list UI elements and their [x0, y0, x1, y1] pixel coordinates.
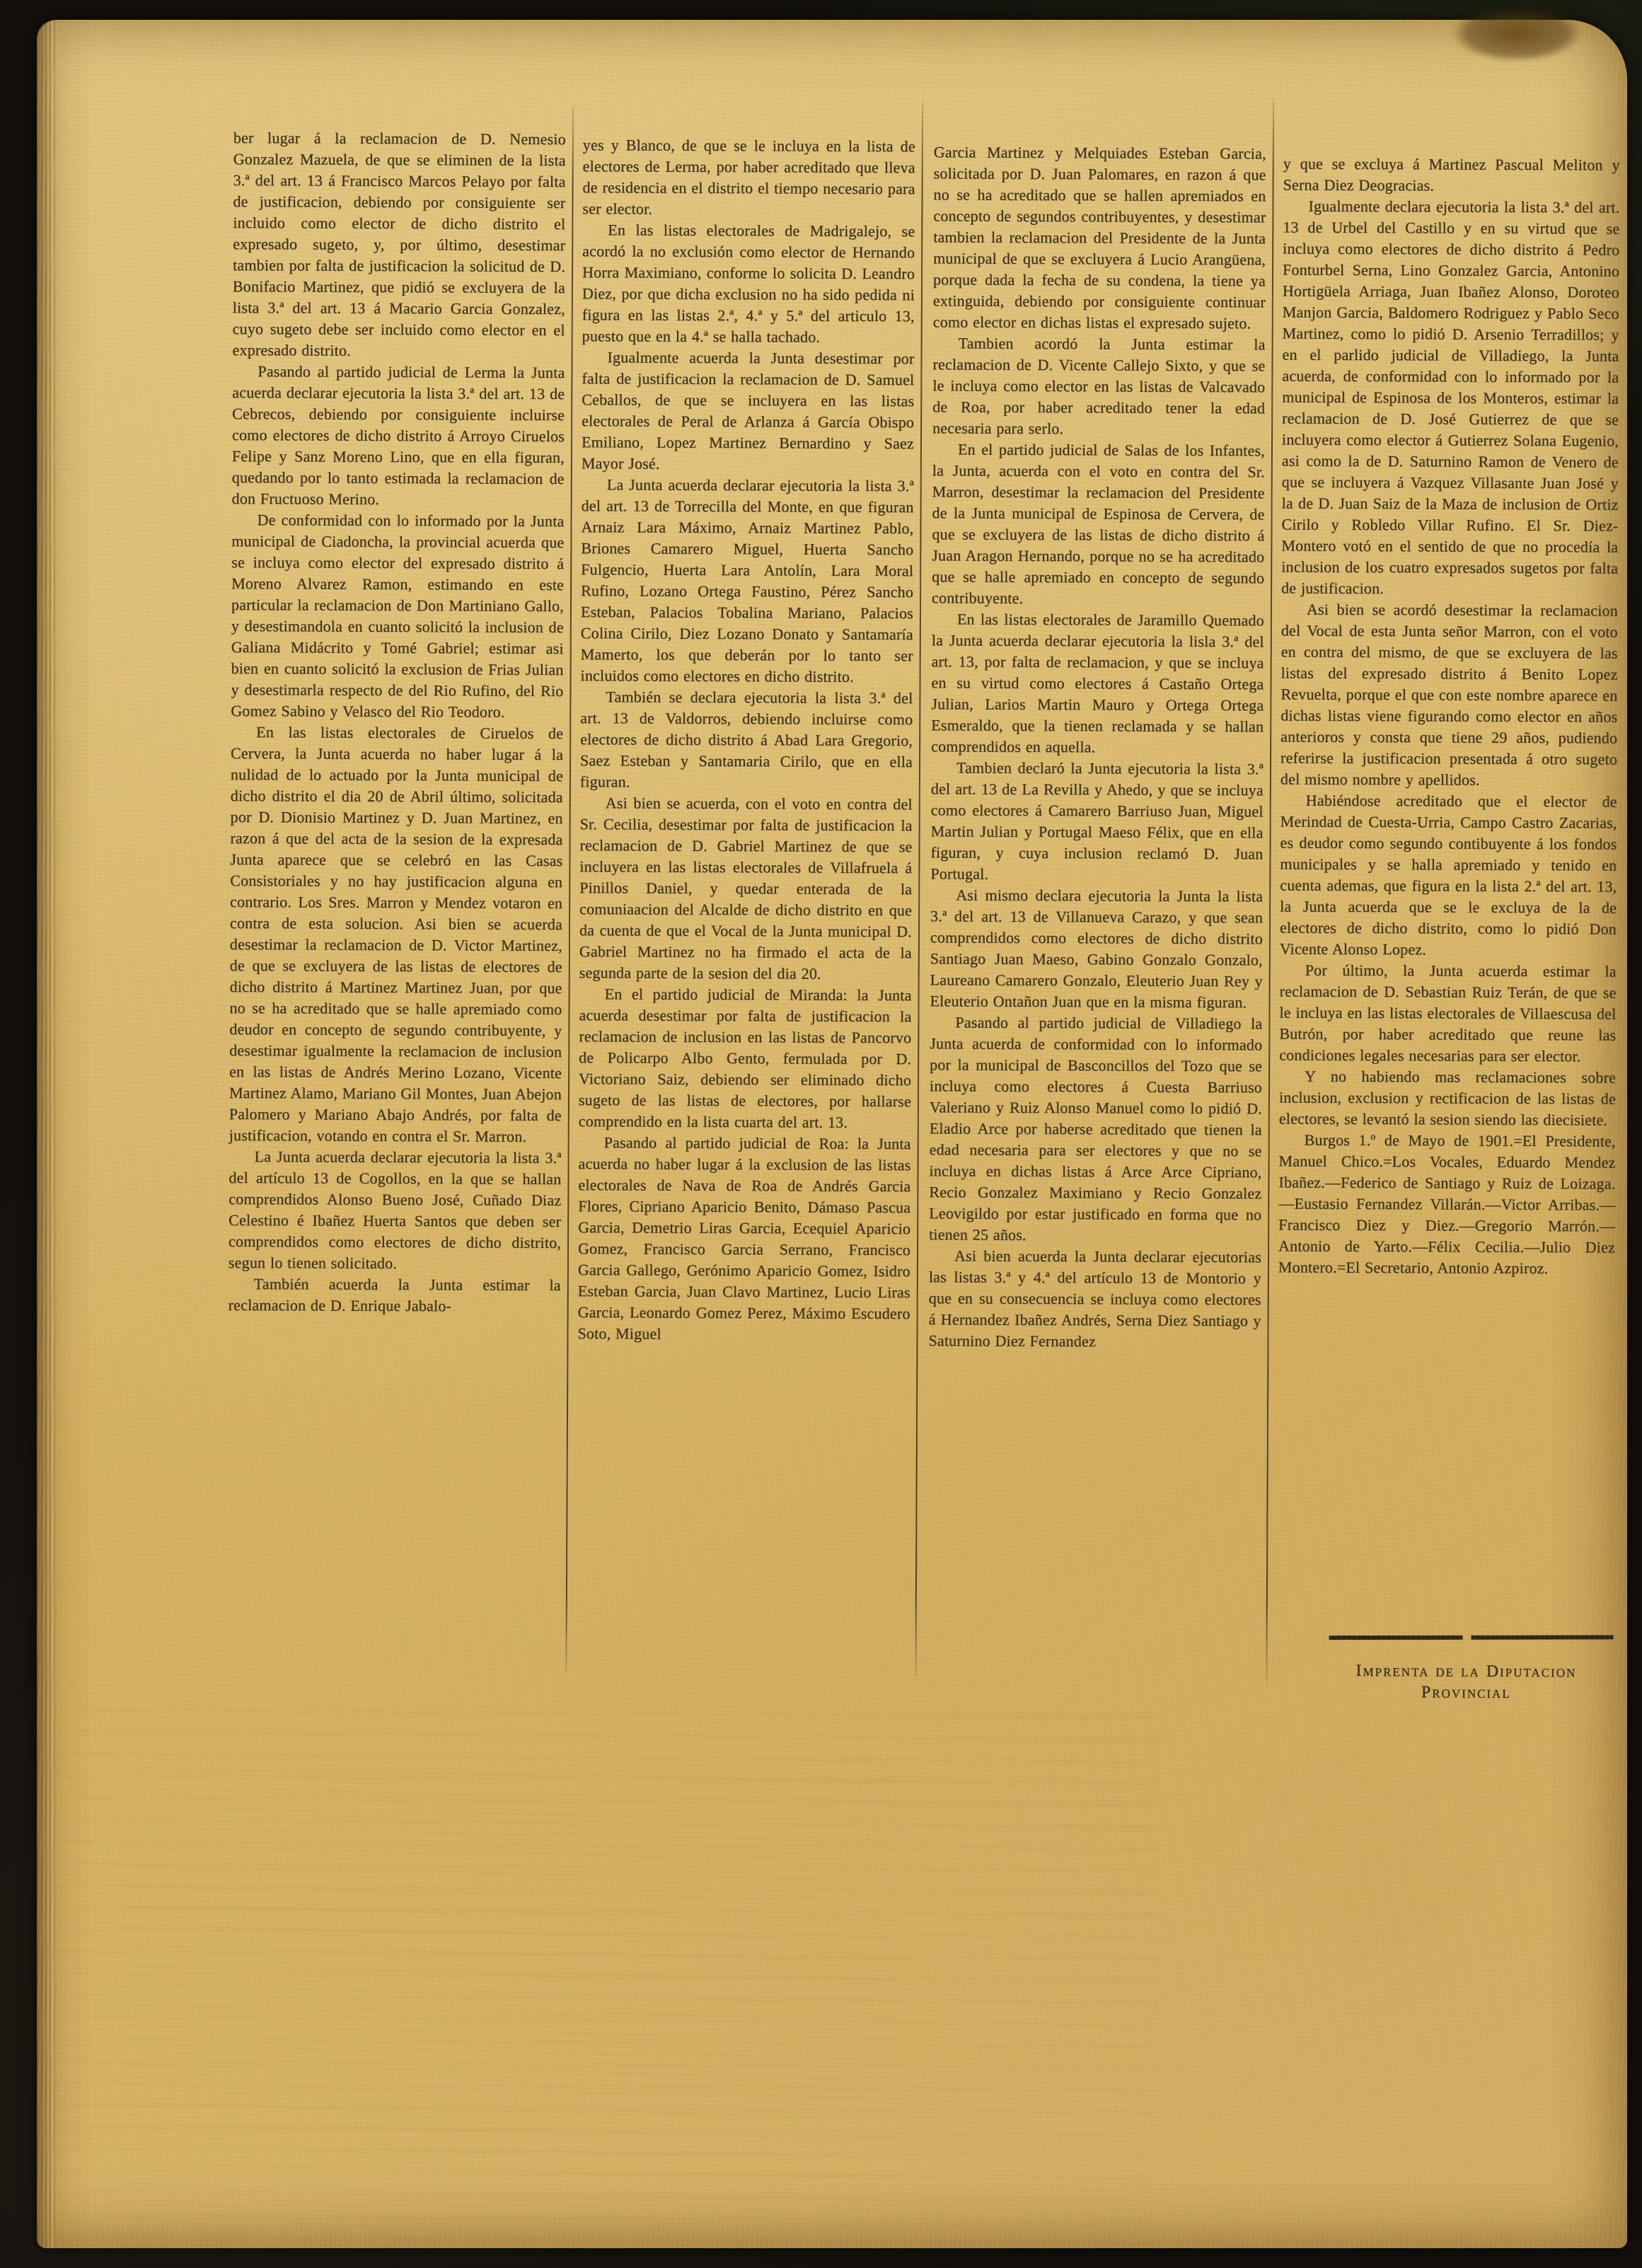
column-divider — [915, 102, 923, 1676]
paragraph: En el partido judicial de Miranda: la Ju… — [579, 983, 912, 1133]
paragraph: De conformidad con lo informado por la J… — [231, 509, 564, 723]
paragraph: Pasando al partido judicial de Lerma la … — [232, 361, 565, 511]
paragraph: En el partido judicial de Salas de los I… — [932, 439, 1265, 610]
paragraph: Habiéndose acreditado que el elector de … — [1280, 790, 1617, 961]
document-page: ber lugar á la reclamacion de D. Nemesio… — [37, 20, 1627, 2248]
paragraph: Asi bien se acordó desestimar la reclama… — [1280, 599, 1618, 792]
paragraph: Y no habiendo mas reclamaciones sobre in… — [1279, 1066, 1616, 1131]
text-column-2: yes y Blanco, de que se le incluya en la… — [577, 134, 915, 1346]
paragraph: Asi bien acuerda la Junta declarar ejecu… — [928, 1245, 1261, 1353]
column-divider — [565, 106, 574, 1673]
paragraph: También se declara ejecutoria la lista 3… — [580, 686, 913, 794]
paragraph: La Junta acuerda declarar ejecutoria la … — [229, 1146, 562, 1275]
paragraph: Asi mismo declara ejecutoria la Junta la… — [930, 884, 1264, 1013]
paragraph: Pasando al partido judicial de Villadieg… — [929, 1012, 1262, 1246]
paragraph: Tambien acordó la Junta estimar la recla… — [932, 332, 1266, 440]
column-divider — [1266, 98, 1274, 1682]
paragraph: En las listas electorales de Jaramillo Q… — [931, 608, 1264, 758]
paragraph: También acuerda la Junta estimar la recl… — [229, 1273, 561, 1317]
paragraph: La Junta acuerda declarar ejecutoria la … — [581, 474, 914, 688]
paragraph: En las listas electorales de Ciruelos de… — [229, 722, 564, 1147]
paragraph: Asi bien se acuerda, con el voto en cont… — [579, 792, 913, 985]
imprint-line: Imprenta de la Diputacion Provincial — [1312, 1660, 1620, 1704]
paragraph: Igualmente acuerda la Junta desestimar p… — [582, 347, 915, 475]
paragraph: yes y Blanco, de que se le incluya en la… — [582, 134, 915, 221]
stain-mark — [1447, 10, 1586, 62]
text-column-4: y que se excluya á Martinez Pascual Meli… — [1278, 154, 1620, 1280]
paragraph: Pasando al partido judicial de Roa: la J… — [577, 1132, 910, 1346]
paragraph: Tambien declaró la Junta ejecutoria la l… — [930, 757, 1264, 886]
paragraph: En las listas electorales de Madrigalejo… — [582, 219, 915, 348]
showthrough-texture — [122, 1760, 900, 2185]
paragraph: Garcia Martinez y Melquiades Esteban Gar… — [933, 141, 1266, 334]
text-column-1: ber lugar á la reclamacion de D. Nemesio… — [229, 127, 566, 1317]
scan-backdrop: ber lugar á la reclamacion de D. Nemesio… — [0, 0, 1642, 2268]
paragraph: Por último, la Junta acuerda estimar la … — [1279, 960, 1617, 1068]
text-column-3: Garcia Martinez y Melquiades Esteban Gar… — [928, 141, 1266, 1353]
paragraph: ber lugar á la reclamacion de D. Nemesio… — [233, 127, 566, 362]
paragraph: y que se excluya á Martinez Pascual Meli… — [1283, 154, 1620, 197]
paragraph: Burgos 1.º de Mayo de 1901.=El President… — [1278, 1130, 1616, 1280]
paragraph: Igualmente declara ejecutoria la lista 3… — [1281, 196, 1619, 601]
footer-rule — [1329, 1635, 1614, 1640]
